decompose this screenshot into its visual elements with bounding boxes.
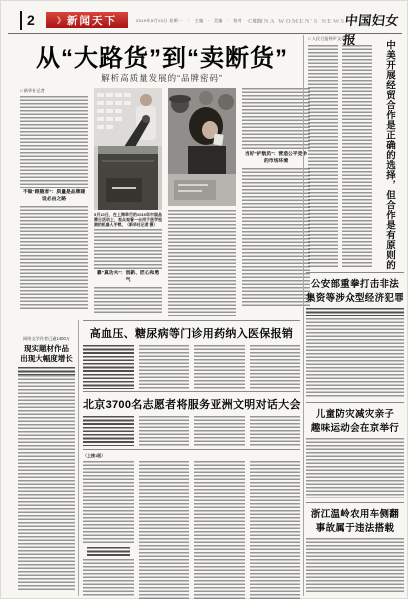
divider-left	[78, 320, 79, 596]
lead-article-body: □ 新华社记者 不做“跟随者”：质量是品牌建设必由之路	[20, 88, 310, 316]
newspaper-page: 2 》 新闻天下 2019年5月13日 星期一｜主编 · 美编 · 校对 · 检…	[0, 0, 408, 599]
continuation-col-1	[83, 461, 134, 599]
lead-byline: □ 新华社记者	[20, 88, 88, 94]
body-text-block	[83, 559, 134, 597]
right-article-2-title: 儿童防灾减灾亲子 趣味运动会在京举行	[306, 408, 404, 436]
box-article-2-body	[83, 416, 300, 446]
page-number: 2	[20, 11, 39, 30]
lead-paragraph-block	[306, 308, 404, 316]
body-text-block	[94, 229, 162, 269]
right-article-2-body	[306, 438, 404, 498]
lead-column-1: □ 新华社记者 不做“跟随者”：质量是品牌建设必由之路	[20, 88, 88, 316]
photo-caption: 5月10日，在上海举行的2019年中国品牌日活动上，观众观看一台用于医学检测的机…	[94, 210, 162, 227]
lead-paragraph-block	[18, 367, 75, 375]
masthead-english: CHINA WOMEN'S NEWS	[248, 18, 345, 25]
lead-column-2: 5月10日，在上海举行的2019年中国品牌日活动上，观众观看一台用于医学检测的机…	[94, 88, 162, 316]
right-rule-3	[306, 502, 404, 503]
right-article-3-title-line1: 浙江温岭农用车侧翻	[306, 508, 404, 522]
right-article-1-body	[306, 318, 404, 398]
continuation-article: （上接1版）	[83, 453, 300, 599]
left-article-title: 现实题材作品 出现大幅度增长	[18, 344, 75, 364]
commentary-kicker: □ 人民日报钟声文章	[308, 36, 345, 42]
body-text-block	[194, 461, 245, 599]
right-article-3-body	[306, 538, 404, 594]
body-text-block	[242, 168, 310, 308]
header-rule	[8, 33, 402, 34]
right-article-1-title-line2: 集资等涉众型经济犯罪	[306, 292, 404, 306]
left-article-title-line1: 现实题材作品	[18, 344, 75, 354]
left-article-kicker: 网络文学作者已逾1400万	[18, 336, 75, 342]
photo-visitor-tasting	[168, 88, 236, 206]
body-text-block	[250, 345, 301, 389]
crosshead-3: 靠“真功夫”：创新、匠心和勇气	[94, 269, 162, 287]
lead-column-4: 当好“护航员”：营造公平竞争的市场环境	[242, 88, 310, 316]
crosshead-2: 当好“护航员”：营造公平竞争的市场环境	[242, 150, 310, 168]
box-article-2: 北京3700名志愿者将服务亚洲文明对话大会	[83, 396, 300, 446]
box2-rule	[83, 391, 300, 392]
section-title: 新闻天下	[67, 13, 117, 28]
continuation-marker: （上接1版）	[83, 453, 300, 459]
right-rule-1	[306, 272, 404, 273]
banner-arrow-icon: 》	[57, 15, 65, 26]
box-article-1: 高血压、糖尿病等门诊用药纳入医保报销	[83, 325, 300, 389]
lead-column-3	[168, 88, 236, 316]
right-article-3-title: 浙江温岭农用车侧翻 事故属于违法搭载	[306, 508, 404, 536]
left-article-title-line2: 出现大幅度增长	[18, 354, 75, 364]
body-text-block	[168, 210, 236, 316]
crosshead-1: 不做“跟随者”：质量是品牌建设必由之路	[20, 188, 88, 206]
commentary-body-col-1	[308, 45, 338, 267]
body-text-block	[194, 345, 245, 389]
commentary-vertical-title: 中美开展经贸合作是正确的选择，但合作是有原则的	[378, 40, 400, 270]
right-article-1-title: 公安部重拳打击非法 集资等涉众型经济犯罪	[306, 278, 404, 306]
body-text-block	[250, 416, 301, 446]
body-text-block	[18, 375, 75, 590]
body-text-block	[94, 287, 162, 313]
box-article-2-title: 北京3700名志愿者将服务亚洲文明对话大会	[83, 396, 300, 412]
body-text-block	[139, 345, 190, 389]
box1-rule	[83, 320, 300, 321]
body-text-block	[20, 206, 88, 310]
box-article-1-title: 高血压、糖尿病等门诊用药纳入医保报销	[83, 325, 300, 341]
date-line: 2019年5月13日 星期一｜主编 · 美编 · 校对 · 检校	[136, 18, 262, 24]
continuation-body	[83, 461, 300, 599]
commentary-body-col-2	[342, 45, 372, 267]
body-text-block	[194, 416, 245, 446]
body-text-block	[83, 416, 134, 446]
body-text-block	[83, 461, 134, 545]
photo-robot-arm	[94, 88, 162, 210]
body-text-block	[83, 345, 134, 389]
body-text-block	[20, 96, 88, 188]
continuation-rule	[83, 449, 300, 450]
date-separator: ｜	[186, 18, 190, 23]
body-text-block	[242, 88, 310, 150]
crosshead-block	[87, 547, 130, 557]
box-article-1-body	[83, 345, 300, 389]
body-text-block	[250, 461, 301, 599]
right-article-3-title-line2: 事故属于违法搭载	[306, 522, 404, 536]
right-rule-2	[306, 402, 404, 403]
right-article-2-title-line1: 儿童防灾减灾亲子	[306, 408, 404, 422]
body-text-block	[139, 461, 190, 599]
left-article: 网络文学作者已逾1400万 现实题材作品 出现大幅度增长	[18, 336, 75, 590]
right-article-1-title-line1: 公安部重拳打击非法	[306, 278, 404, 292]
body-text-block	[139, 416, 190, 446]
lead-headline: 从“大路货”到“卖断货”	[14, 38, 310, 73]
lead-subheadline: 解析高质量发展的“品牌密码”	[14, 72, 310, 84]
section-banner: 》 新闻天下	[46, 12, 128, 28]
divider-right	[303, 35, 304, 596]
issue-date: 2019年5月13日 星期一	[136, 18, 182, 23]
right-article-2-title-line2: 趣味运动会在京举行	[306, 422, 404, 436]
